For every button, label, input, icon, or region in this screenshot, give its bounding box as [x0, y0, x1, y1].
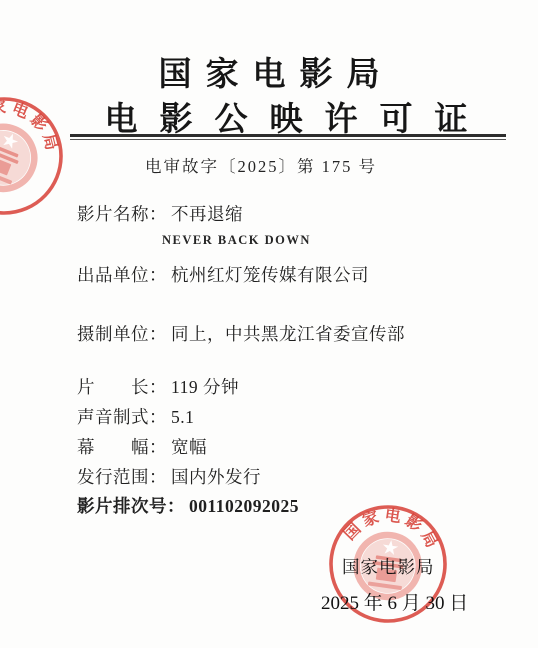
field-row-filming-unit: 摄制单位：同上，中共黑龙江省委宣传部 — [77, 321, 405, 346]
field-label: 影片名称： — [77, 204, 167, 224]
field-label: 影片排次号： — [77, 496, 185, 516]
field-value: 001102092025 — [189, 496, 299, 516]
field-label: 片 长： — [77, 377, 167, 397]
field-row-runtime: 片 长：119 分钟 — [77, 374, 239, 399]
field-row-sound-format: 声音制式：5.1 — [77, 404, 194, 429]
field-value: 5.1 — [171, 407, 194, 427]
field-row-distribution-scope: 发行范围：国内外发行 — [77, 464, 261, 489]
issuer-name: 国家电影局 — [342, 554, 435, 579]
field-value: 杭州红灯笼传媒有限公司 — [171, 265, 369, 285]
issue-date: 2025 年 6 月 30 日 — [321, 588, 468, 615]
field-label: 出品单位： — [77, 265, 167, 285]
agency-title: 国家电影局 — [7, 48, 538, 95]
divider-thin-line — [70, 139, 506, 140]
field-row-screen-format: 幕 幅：宽幅 — [77, 434, 207, 459]
header-divider — [70, 134, 506, 140]
field-value: 宽幅 — [171, 437, 207, 457]
field-row-film-title: 影片名称：不再退缩 — [77, 201, 243, 226]
permit-title: 电影公映许可证 — [28, 93, 538, 140]
field-row-production-company: 出品单位：杭州红灯笼传媒有限公司 — [77, 262, 369, 287]
field-row-film-serial-number: 影片排次号：001102092025 — [77, 493, 299, 518]
field-label: 幕 幅： — [77, 437, 167, 457]
field-value: 119 分钟 — [171, 377, 239, 397]
film-english-title: NEVER BACK DOWN — [162, 233, 311, 248]
official-seal-partial: 国家电影局 — [0, 76, 84, 236]
field-value: 国内外发行 — [171, 467, 261, 487]
field-label: 摄制单位： — [77, 324, 167, 344]
field-label: 发行范围： — [77, 467, 167, 487]
permit-document: 国家电影局 国家电影局 电影公映许可证 电审故字〔2025〕第 175 号 影片… — [0, 0, 538, 648]
divider-thick-line — [70, 134, 506, 137]
field-value: 不再退缩 — [171, 204, 243, 224]
field-label: 声音制式： — [77, 407, 167, 427]
field-value: 同上，中共黑龙江省委宣传部 — [171, 324, 405, 344]
